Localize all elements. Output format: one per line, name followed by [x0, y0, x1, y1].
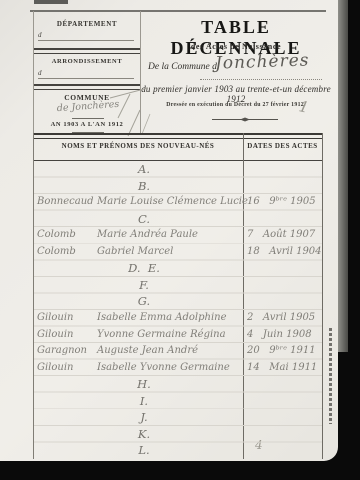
- birth-record-row: GilouinYvonne Germaine Régina4 Juin 1908: [34, 327, 322, 343]
- given-names: Marie Andréa Paule: [97, 227, 198, 243]
- commune-underline: [200, 79, 322, 80]
- act-date: 7 Août 1907: [247, 227, 315, 243]
- commune-handwritten-name: Jonchères: [215, 50, 310, 73]
- letter-index-row: G.: [34, 293, 322, 309]
- letter-index-row: J.: [34, 409, 322, 425]
- letter-index: D. E.: [104, 260, 184, 276]
- surname: Gilouin: [37, 327, 73, 343]
- adjacent-page-edge: [338, 0, 348, 352]
- given-names: Yvonne Germaine Régina: [97, 327, 226, 343]
- column-header-names: NOMS ET PRÉNOMS DES NOUVEAU-NÉS: [33, 142, 243, 150]
- given-names: Isabelle Yvonne Germaine: [97, 360, 230, 376]
- act-date: 2 Avril 1905: [247, 310, 315, 326]
- given-names: Isabelle Emma Adolphine: [97, 310, 227, 326]
- birth-record-row: ColombMarie Andréa Paule7 Août 1907: [34, 227, 322, 243]
- surname: Gilouin: [37, 360, 73, 376]
- birth-record-row: ColombGabriel Marcel18 Avril 1904: [34, 244, 322, 260]
- arrondissement-blank-line: d: [38, 69, 134, 79]
- letter-index: K.: [104, 426, 184, 442]
- letter-index: A.: [104, 161, 184, 177]
- given-names: Auguste Jean André: [97, 343, 198, 359]
- surname: Garagnon: [37, 343, 87, 359]
- letter-index-row: B.: [34, 178, 322, 194]
- letter-index: L.: [104, 442, 184, 458]
- letter-index-row: C.: [34, 211, 322, 227]
- page-corner-mark: [34, 0, 68, 4]
- table-top-border: [33, 133, 323, 139]
- letter-index: G.: [104, 293, 184, 309]
- act-date: 16 9ᵇʳᵉ 1905: [247, 194, 316, 210]
- table-right-border: [322, 133, 323, 459]
- letter-index-row: D. E.: [34, 260, 322, 276]
- act-date: 4 Juin 1908: [247, 327, 312, 343]
- scanned-registry-page: { "header_box": { "departement_label": "…: [0, 0, 360, 480]
- ornamental-divider: [212, 117, 278, 122]
- letter-index: H.: [104, 376, 184, 392]
- table-body: A.B.BonnecaudMarie Louise Clémence Lucie…: [34, 161, 322, 453]
- given-names: Marie Louise Clémence Lucie: [97, 194, 248, 210]
- letter-index-row: F.: [34, 277, 322, 293]
- act-date: 18 Avril 1904: [247, 244, 322, 260]
- act-date: 20 9ᵇʳᵉ 1911: [247, 343, 316, 359]
- surname: Colomb: [37, 244, 76, 260]
- letter-index-row: A.: [34, 161, 322, 177]
- column-header-dates: DATES DES ACTES: [243, 142, 322, 150]
- given-names: Gabriel Marcel: [97, 244, 173, 260]
- departement-label: DÉPARTEMENT: [34, 20, 140, 28]
- birth-record-row: GaragnonAuguste Jean André20 9ᵇʳᵉ 1911: [34, 343, 322, 359]
- arrondissement-label: ARRONDISSEMENT: [34, 58, 140, 65]
- surname: Colomb: [37, 227, 76, 243]
- letter-index: C.: [104, 211, 184, 227]
- act-date: 14 Mai 1911: [247, 360, 317, 376]
- letter-index-row: L.: [34, 442, 322, 458]
- birth-record-row: GilouinIsabelle Yvonne Germaine14 Mai 19…: [34, 360, 322, 376]
- departement-blank-line: d: [38, 31, 134, 41]
- letter-index: B.: [104, 178, 184, 194]
- letter-index: F.: [104, 277, 184, 293]
- surname: Gilouin: [37, 310, 73, 326]
- letter-index: I.: [104, 393, 184, 409]
- surname: Bonnecaud: [37, 194, 94, 210]
- microfilm-edge-marks: [329, 328, 332, 424]
- letter-index: J.: [104, 409, 184, 425]
- birth-record-row: GilouinIsabelle Emma Adolphine2 Avril 19…: [34, 310, 322, 326]
- divider-rule: [34, 48, 140, 54]
- birth-record-row: BonnecaudMarie Louise Clémence Lucie16 9…: [34, 194, 322, 210]
- letter-index-row: H.: [34, 376, 322, 392]
- letter-index-row: K.: [34, 426, 322, 442]
- letter-index-row: I.: [34, 393, 322, 409]
